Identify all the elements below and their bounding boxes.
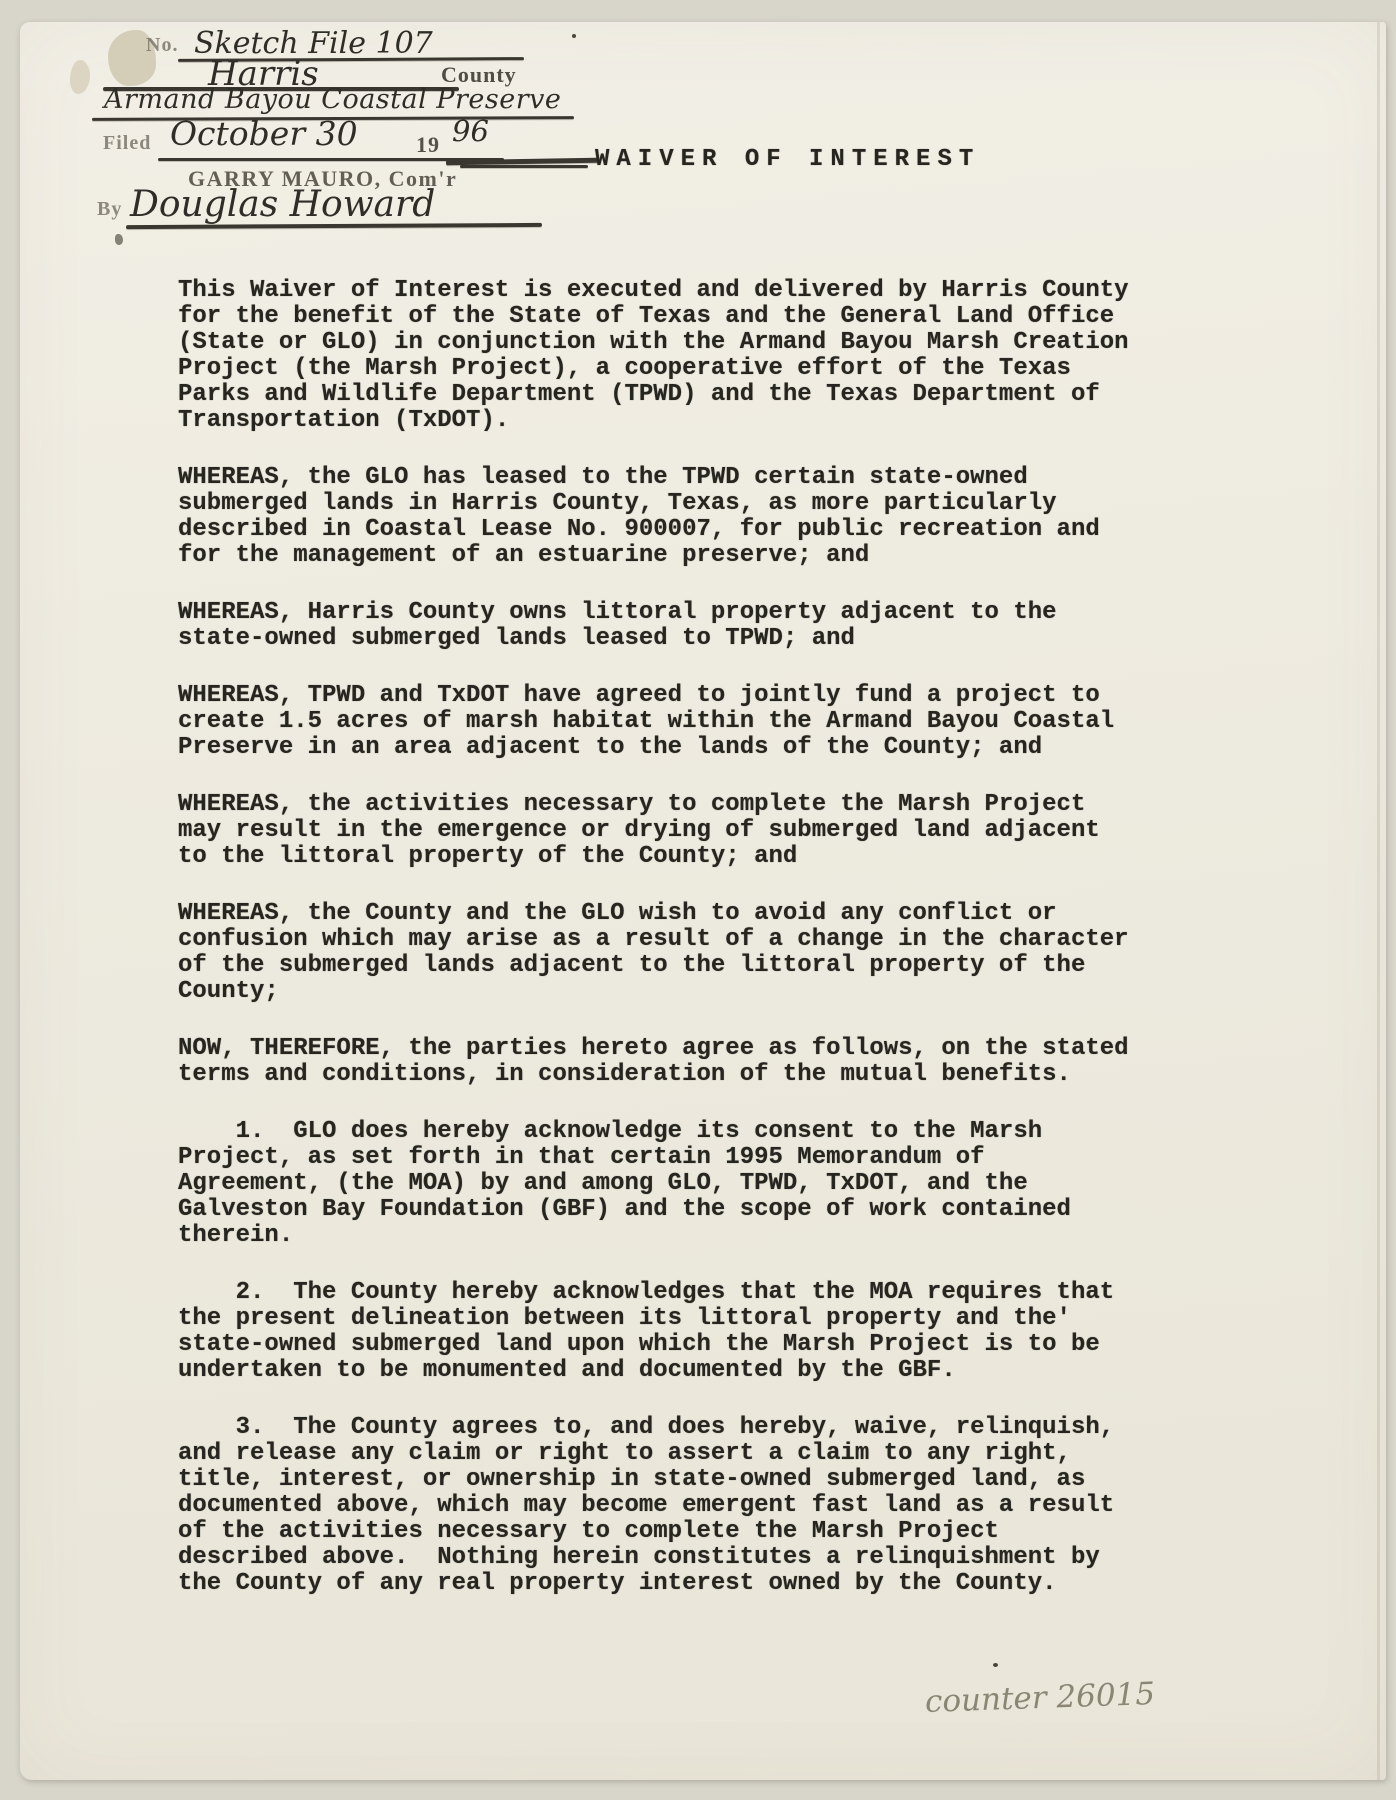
ink-smudge-small bbox=[70, 60, 90, 94]
scanned-document-background: { "header": { "no_label": "No.", "sketch… bbox=[0, 0, 1396, 1800]
document-title: WAIVER OF INTEREST bbox=[595, 146, 980, 173]
paragraph-item-3: 3. The County agrees to, and does hereby… bbox=[178, 1415, 1178, 1597]
paragraph-whereas-3: WHEREAS, TPWD and TxDOT have agreed to j… bbox=[178, 683, 1178, 761]
pen-mark bbox=[115, 234, 123, 245]
filed-label-stamp: Filed bbox=[103, 132, 151, 155]
counter-annotation: counter 26015 bbox=[924, 1676, 1155, 1720]
year-prefix-stamp: 19 bbox=[416, 132, 440, 158]
paragraph-whereas-1: WHEREAS, the GLO has leased to the TPWD … bbox=[178, 465, 1178, 569]
paragraph-item-2: 2. The County hereby acknowledges that t… bbox=[178, 1280, 1178, 1384]
underline bbox=[126, 223, 542, 229]
dust-speck bbox=[572, 34, 576, 38]
by-signature-handwriting: Douglas Howard bbox=[130, 184, 435, 225]
paragraph-intro: This Waiver of Interest is executed and … bbox=[178, 278, 1178, 434]
paragraph-whereas-4: WHEREAS, the activities necessary to com… bbox=[178, 792, 1178, 870]
preserve-handwriting: Armand Bayou Coastal Preserve bbox=[104, 84, 561, 115]
no-label-stamp: No. bbox=[146, 34, 178, 57]
paragraph-now-therefore: NOW, THEREFORE, the parties hereto agree… bbox=[178, 1036, 1178, 1088]
by-label-stamp: By bbox=[97, 198, 122, 221]
underline-scribble bbox=[460, 165, 588, 168]
paragraph-whereas-5: WHEREAS, the County and the GLO wish to … bbox=[178, 901, 1178, 1005]
paragraph-item-1: 1. GLO does hereby acknowledge its conse… bbox=[178, 1119, 1178, 1249]
filed-date-handwriting: October 30 bbox=[170, 114, 358, 153]
document-body: This Waiver of Interest is executed and … bbox=[178, 278, 1178, 1628]
paragraph-whereas-2: WHEREAS, Harris County owns littoral pro… bbox=[178, 600, 1178, 652]
dust-speck bbox=[993, 1663, 998, 1667]
year-suffix-handwriting: 96 bbox=[452, 114, 489, 148]
document-page: No. Sketch File 107 Harris County Armand… bbox=[20, 22, 1386, 1780]
